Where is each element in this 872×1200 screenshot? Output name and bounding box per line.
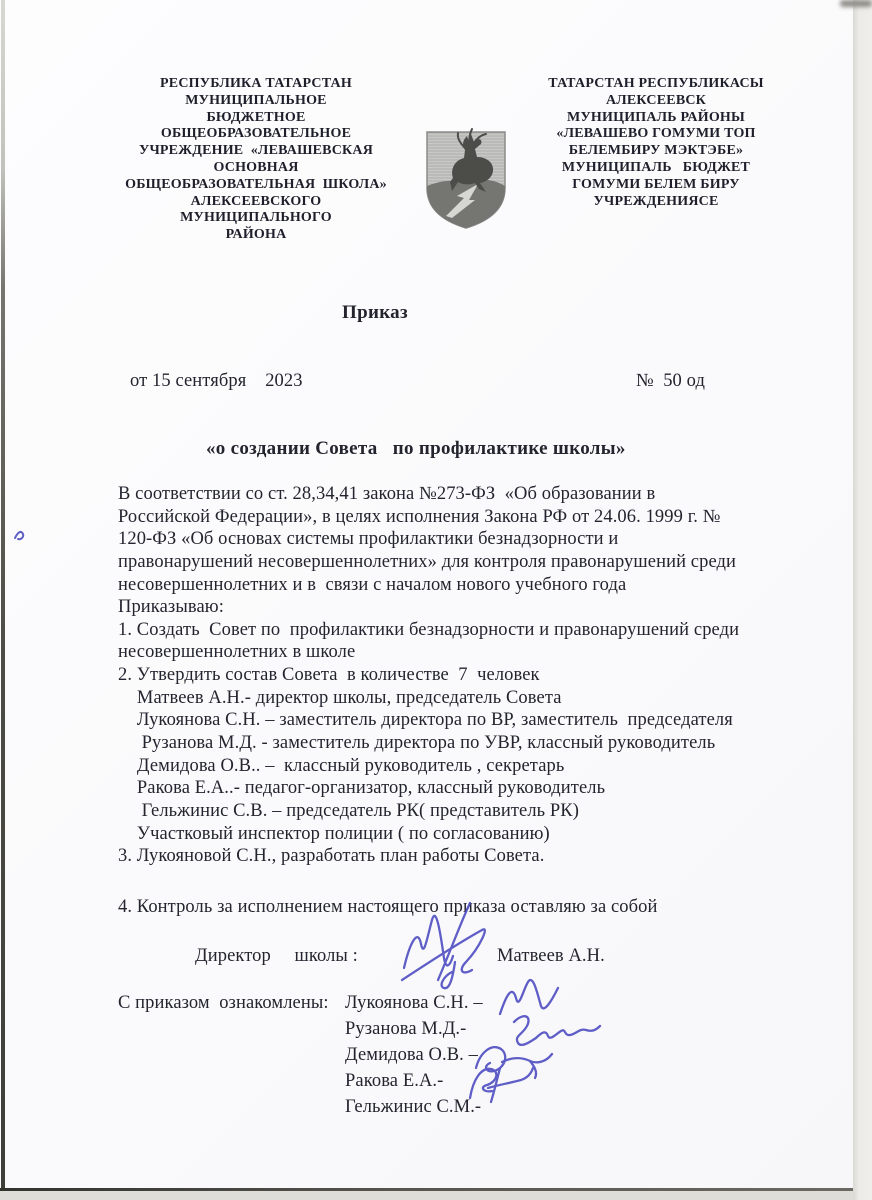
body-line: Ракова Е.А..- педагог-организатор, класс… <box>118 777 818 800</box>
scanned-order-document: { "doc": { "org_left_lines": [ "РЕСПУБЛИ… <box>0 0 872 1200</box>
director-label: Директор школы : <box>195 946 358 967</box>
body-line: Матвеев А.Н.- директор школы, председате… <box>118 687 818 710</box>
body-line: 2. Утвердить состав Совета в количестве … <box>118 664 818 687</box>
org-line: ГОМУМИ БЕЛЕМ БИРУ <box>506 177 806 194</box>
org-line: БЮДЖЕТНОЕ <box>110 110 402 127</box>
org-line: ТАТАРСТАН РЕСПУБЛИКАСЫ <box>506 76 806 93</box>
ack-name: Рузанова М.Д.- <box>345 1019 466 1040</box>
scanner-background-bottom <box>0 1191 872 1200</box>
body-line: Приказываю: <box>118 596 818 619</box>
body-line: несовершеннолетних в школе <box>118 641 818 664</box>
order-title: Приказ <box>342 302 408 324</box>
scan-smudge-top-right <box>840 0 872 7</box>
body-line: Лукоянова С.Н. – заместитель директора п… <box>118 709 818 732</box>
scan-edge-left <box>1 0 5 1200</box>
org-line: МУНИЦИПАЛЬ РАЙОНЫ <box>506 110 806 127</box>
paper-sheet: РЕСПУБЛИКА ТАТАРСТАН МУНИЦИПАЛЬНОЕ БЮДЖЕ… <box>0 0 853 1200</box>
director-name: Матвеев А.Н. <box>497 946 605 967</box>
org-line: ОСНОВНАЯ <box>110 160 402 177</box>
coat-of-arms-icon <box>404 108 496 214</box>
org-line: УЧРЕЖДЕНИЯСЕ <box>506 194 806 211</box>
org-line: ОБЩЕОБРАЗОВАТЕЛЬНОЕ <box>110 126 402 143</box>
body-line: 1. Создать Совет по профилактики безнадз… <box>118 619 818 642</box>
body-line: правонарушений несовершеннолетних» для к… <box>118 551 818 574</box>
org-line: «ЛЕВАШЕВО ГОМУМИ ТОП <box>506 126 806 143</box>
org-line: МУНИЦИПАЛЬ БЮДЖЕТ <box>506 160 806 177</box>
control-line: 4. Контроль за исполнением настоящего пр… <box>118 897 658 918</box>
body-line: 120-ФЗ «Об основах системы профилактики … <box>118 528 818 551</box>
org-line: ОБЩЕОБРАЗОВАТЕЛЬНАЯ ШКОЛА» <box>110 177 402 194</box>
letterhead-tatar: ТАТАРСТАН РЕСПУБЛИКАСЫ АЛЕКСЕЕВСК МУНИЦИ… <box>506 76 806 210</box>
org-line: РАЙОНА <box>110 227 402 244</box>
org-line: АЛЕКСЕЕВСК <box>506 93 806 110</box>
body-line: 3. Лукояновой С.Н., разработать план раб… <box>118 845 818 868</box>
letterhead-russian: РЕСПУБЛИКА ТАТАРСТАН МУНИЦИПАЛЬНОЕ БЮДЖЕ… <box>110 76 402 244</box>
order-number: № 50 од <box>636 371 705 392</box>
order-body: В соответствии со ст. 28,34,41 закона №2… <box>118 483 818 868</box>
body-line: В соответствии со ст. 28,34,41 закона №2… <box>118 483 818 506</box>
body-line: Гельжинис С.В. – председатель РК( предст… <box>118 800 818 823</box>
org-line: УЧРЕЖДЕНИЕ «ЛЕВАШЕВСКАЯ <box>110 143 402 160</box>
org-line: РЕСПУБЛИКА ТАТАРСТАН <box>110 76 402 93</box>
ack-name: Ракова Е.А.- <box>345 1071 443 1092</box>
org-line: МУНИЦИПАЛЬНОЕ <box>110 93 402 110</box>
order-subject: «о создании Совета по профилактике школы… <box>206 438 626 460</box>
ack-name: Лукоянова С.Н. – <box>345 993 483 1014</box>
body-line: Демидова О.В.. – классный руководитель ,… <box>118 755 818 778</box>
ack-name: Гельжинис С.М.- <box>345 1097 481 1118</box>
acknowledged-label: С приказом ознакомлены: <box>118 993 329 1014</box>
org-line: АЛЕКСЕЕВСКОГО <box>110 194 402 211</box>
order-date: от 15 сентября 2023 <box>130 371 303 392</box>
scanner-background-right <box>853 0 872 1200</box>
ack-name: Демидова О.В. – <box>345 1045 478 1066</box>
org-line: МУНИЦИПАЛЬНОГО <box>110 210 402 227</box>
body-line: несовершеннолетних и в связи с началом н… <box>118 574 818 597</box>
body-line: Рузанова М.Д. - заместитель директора по… <box>118 732 818 755</box>
body-line: Российской Федерации», в целях исполнени… <box>118 506 818 529</box>
body-line: Участковый инспектор полиции ( по соглас… <box>118 823 818 846</box>
org-line: БЕЛЕМБИРУ МЭКТЭБЕ» <box>506 143 806 160</box>
